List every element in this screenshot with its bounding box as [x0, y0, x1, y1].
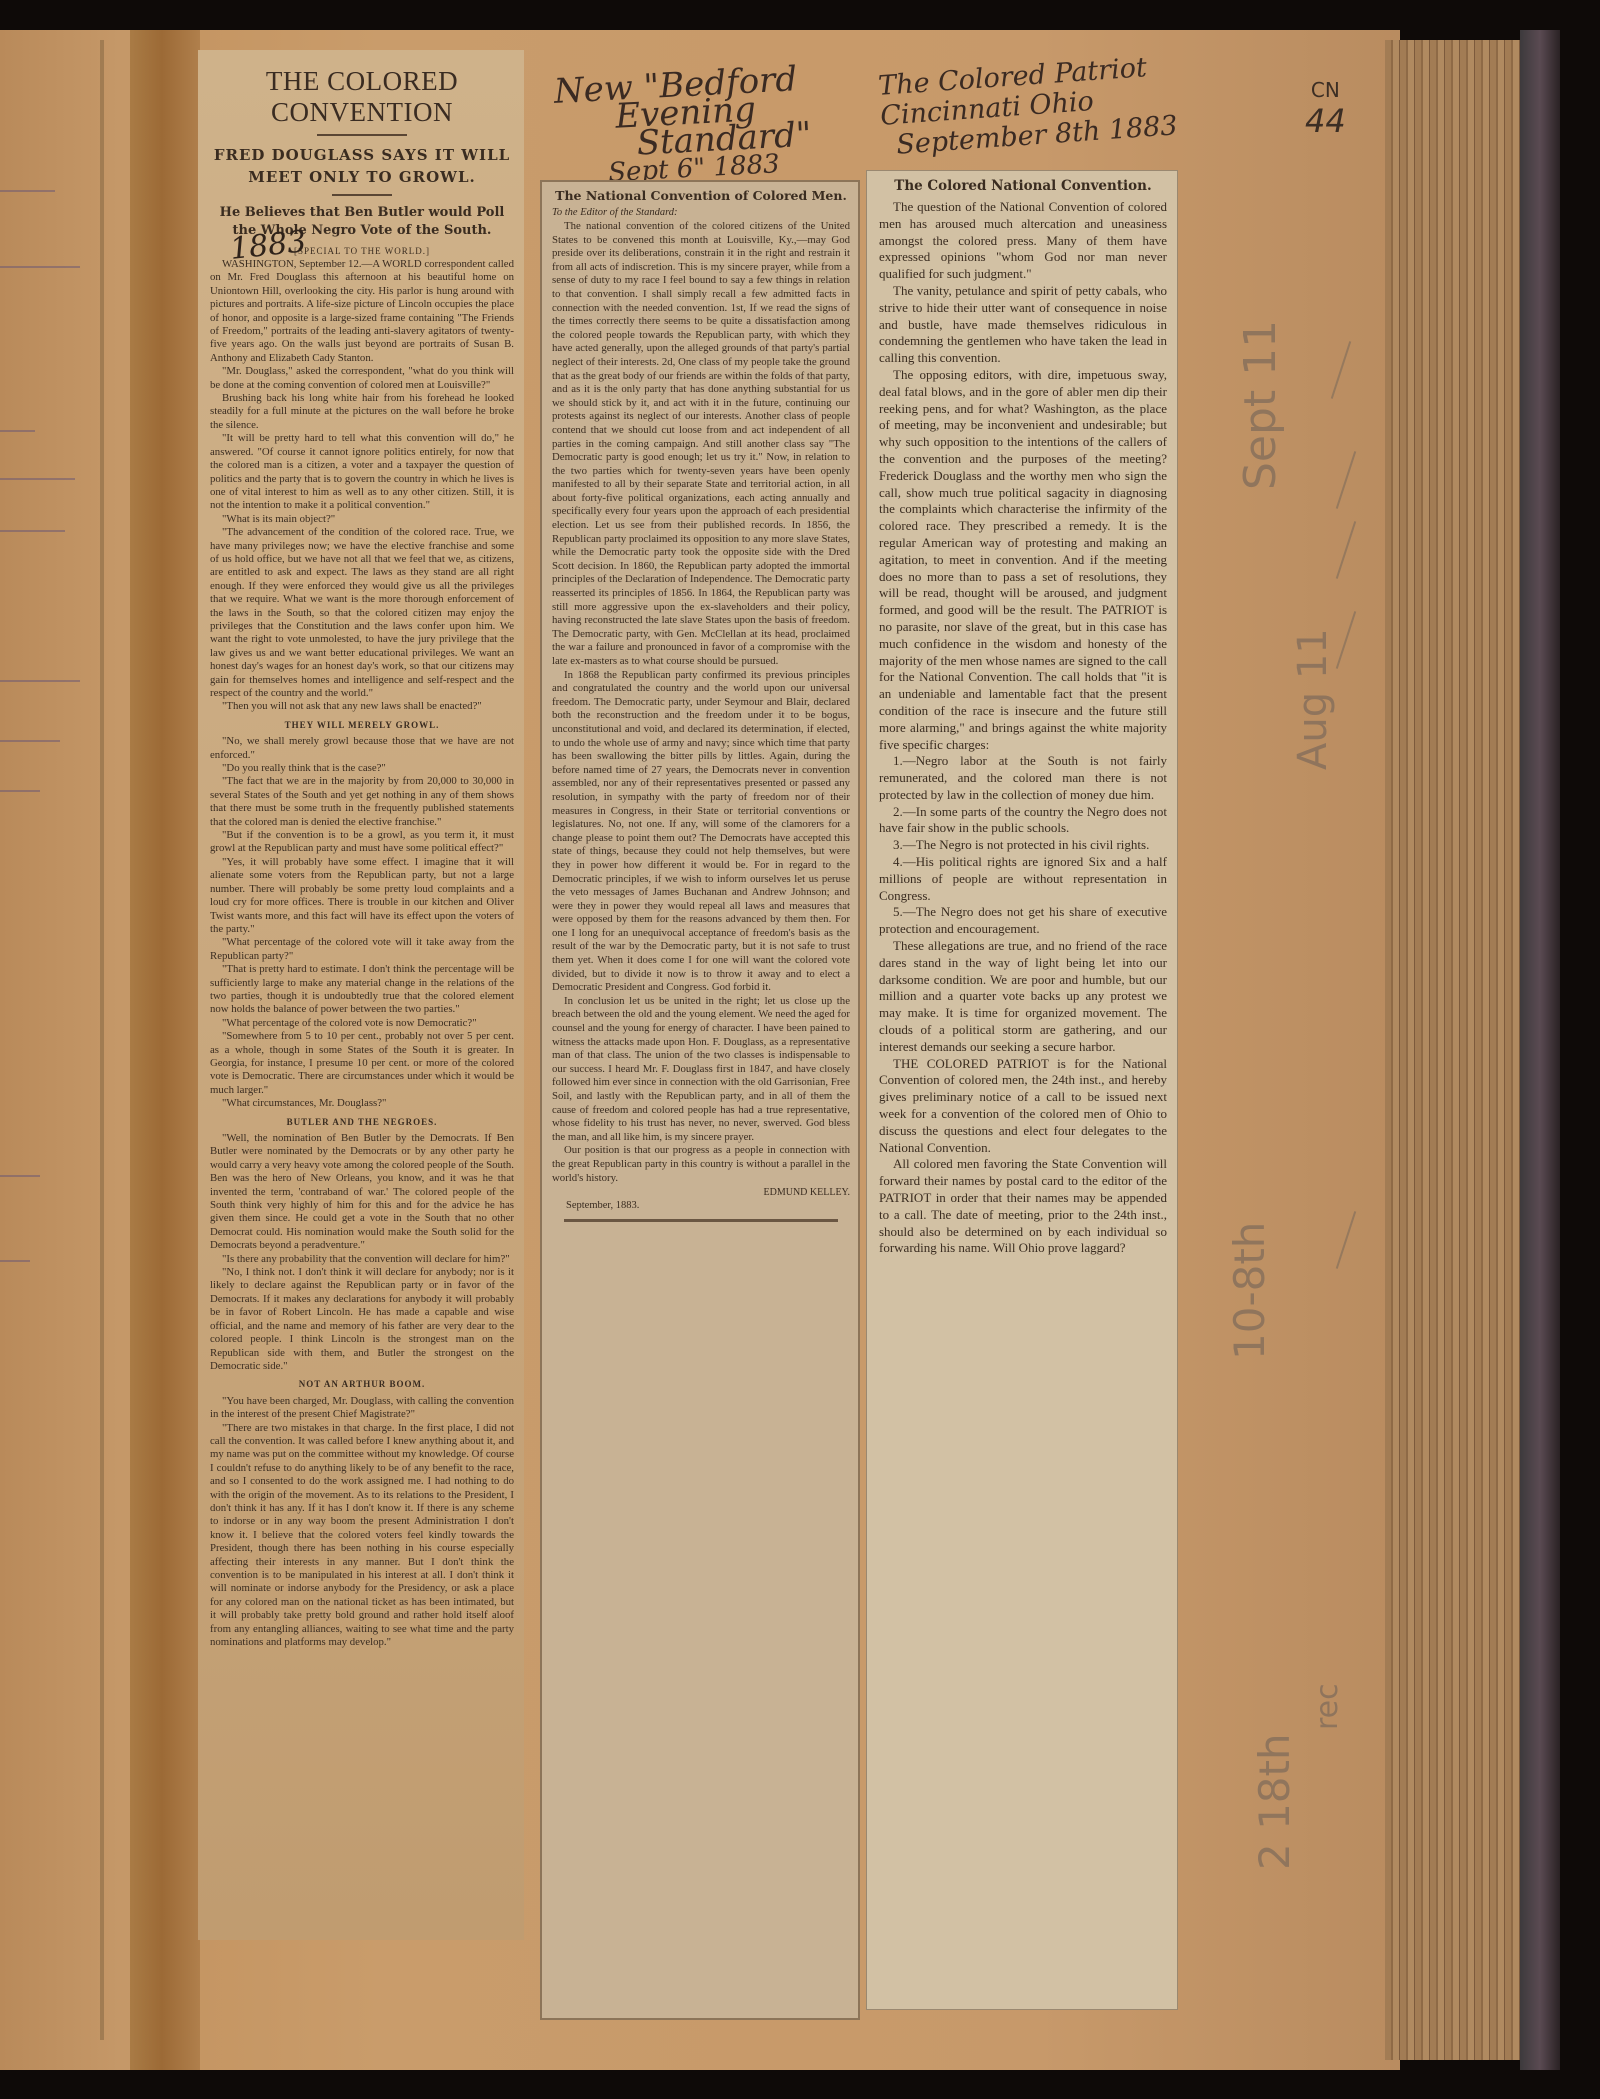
- paragraph: "Well, the nomination of Ben Butler by t…: [210, 1132, 514, 1253]
- paragraph: All colored men favoring the State Conve…: [879, 1156, 1167, 1257]
- pencil-mark: Aug 11: [1290, 628, 1336, 770]
- paragraph: "Then you will not ask that any new laws…: [210, 700, 514, 713]
- paragraph: Brushing back his long white hair from h…: [210, 392, 514, 432]
- ruled-line: [0, 478, 75, 480]
- stitching-line: [100, 40, 104, 2040]
- paragraph: The vanity, petulance and spirit of pett…: [879, 283, 1167, 367]
- scrapbook-spread: New "Bedford Evening Standard" Sept 6" 1…: [0, 30, 1560, 2070]
- page-edges: [1385, 40, 1525, 2060]
- divider: [317, 134, 407, 136]
- subheadline: FRED DOUGLASS SAYS IT WILL MEET ONLY TO …: [210, 144, 514, 188]
- paragraph: "The fact that we are in the majority by…: [210, 775, 514, 829]
- section-heading: BUTLER AND THE NEGROES.: [210, 1116, 514, 1129]
- article-body: WASHINGTON, September 12.—A WORLD corres…: [210, 258, 514, 1649]
- paragraph: "Somewhere from 5 to 10 per cent., proba…: [210, 1030, 514, 1097]
- paragraph: "The advancement of the condition of the…: [210, 526, 514, 700]
- paragraph: In conclusion let us be united in the ri…: [552, 995, 850, 1145]
- ruled-line: [0, 190, 55, 192]
- ruled-line: [0, 530, 65, 532]
- paragraph: "What percentage of the colored vote is …: [210, 1017, 514, 1030]
- paragraph: "Do you really think that is the case?": [210, 762, 514, 775]
- page-number-label: CN: [1305, 78, 1346, 102]
- paragraph: "But if the convention is to be a growl,…: [210, 829, 514, 856]
- paragraph: The national convention of the colored c…: [552, 220, 850, 669]
- section-heading: NOT AN ARTHUR BOOM.: [210, 1378, 514, 1391]
- charge-item: 3.—The Negro is not protected in his civ…: [879, 837, 1167, 854]
- handwritten-source-new-bedford: New "Bedford Evening Standard" Sept 6" 1…: [553, 62, 858, 190]
- ruled-line: [0, 680, 80, 682]
- ruled-line: [0, 740, 60, 742]
- ruled-line: [0, 790, 40, 792]
- paragraph: THE COLORED PATRIOT is for the National …: [879, 1056, 1167, 1157]
- cover-edge: [1520, 30, 1560, 2070]
- paragraph: "It will be pretty hard to tell what thi…: [210, 432, 514, 512]
- ruled-line: [0, 1175, 40, 1177]
- article-body: The national convention of the colored c…: [552, 220, 850, 1185]
- paragraph: Our position is that our progress as a p…: [552, 1144, 850, 1185]
- paragraph: WASHINGTON, September 12.—A WORLD corres…: [210, 258, 514, 365]
- letter-date: September, 1883.: [566, 1200, 850, 1211]
- divider: [564, 1219, 838, 1222]
- charge-item: 5.—The Negro does not get his share of e…: [879, 904, 1167, 938]
- charge-item: 4.—His political rights are ignored Six …: [879, 854, 1167, 904]
- section-heading: THEY WILL MERELY GROWL.: [210, 719, 514, 732]
- paragraph: "What percentage of the colored vote wil…: [210, 936, 514, 963]
- paragraph: In 1868 the Republican party confirmed i…: [552, 669, 850, 995]
- paragraph: The opposing editors, with dire, impetuo…: [879, 367, 1167, 753]
- paragraph: "What is its main object?": [210, 513, 514, 526]
- ruled-line: [0, 430, 35, 432]
- paragraph: "Is there any probability that the conve…: [210, 1253, 514, 1266]
- paragraph: "What circumstances, Mr. Douglass?": [210, 1097, 514, 1110]
- signoff: EDMUND KELLEY.: [552, 1187, 850, 1198]
- charge-item: 2.—In some parts of the country the Negr…: [879, 804, 1167, 838]
- charge-item: 1.—Negro labor at the South is not fairl…: [879, 753, 1167, 803]
- paragraph: "You have been charged, Mr. Douglass, wi…: [210, 1395, 514, 1422]
- pencil-mark: rec: [1310, 1683, 1345, 1730]
- paragraph: These allegations are true, and no frien…: [879, 938, 1167, 1056]
- paragraph: "Yes, it will probably have some effect.…: [210, 856, 514, 936]
- article-body: The question of the National Convention …: [879, 199, 1167, 1257]
- pencil-mark: 2 18th: [1250, 1733, 1299, 1870]
- divider: [332, 194, 392, 196]
- paragraph: "No, I think not. I don't think it will …: [210, 1266, 514, 1373]
- clipping-colored-national-convention-patriot: The Colored National Convention. The que…: [866, 170, 1178, 2010]
- page-number: CN 44: [1305, 78, 1346, 140]
- page-number-value: 44: [1305, 102, 1346, 140]
- signature: EDMUND KELLEY.: [764, 1187, 850, 1198]
- article-title: The National Convention of Colored Men.: [552, 188, 850, 203]
- paragraph: "No, we shall merely growl because those…: [210, 735, 514, 762]
- pencil-mark: Sept 11: [1235, 320, 1286, 490]
- clipping-colored-convention-world: THE COLORED CONVENTION FRED DOUGLASS SAY…: [198, 50, 524, 1940]
- clipping-national-convention-standard: The National Convention of Colored Men. …: [540, 180, 860, 2020]
- article-title: The Colored National Convention.: [879, 179, 1167, 194]
- headline: THE COLORED CONVENTION: [210, 66, 514, 128]
- paragraph: "Mr. Douglass," asked the correspondent,…: [210, 365, 514, 392]
- ruled-line: [0, 1260, 30, 1262]
- paragraph: "There are two mistakes in that charge. …: [210, 1422, 514, 1650]
- paragraph: "That is pretty hard to estimate. I don'…: [210, 963, 514, 1017]
- paragraph: The question of the National Convention …: [879, 199, 1167, 283]
- pencil-mark: 10-8th: [1225, 1222, 1274, 1360]
- salutation: To the Editor of the Standard:: [552, 207, 850, 218]
- ruled-line: [0, 266, 80, 268]
